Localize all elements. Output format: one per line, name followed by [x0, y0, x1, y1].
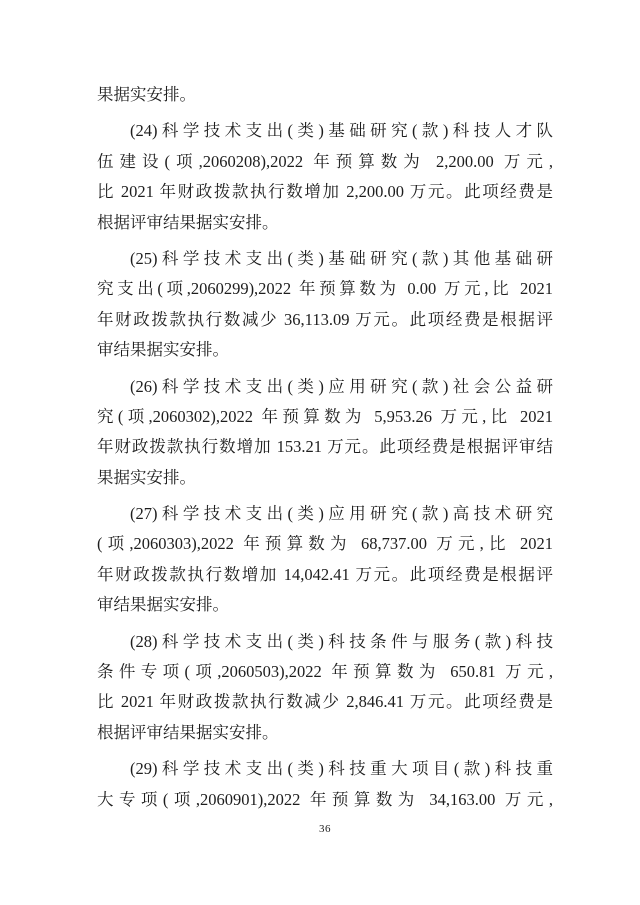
- document-page: 果据实安排。(24)科学技术支出(类)基础研究(款)科技人才队伍建设(项,206…: [0, 0, 640, 905]
- text-line: 年财政拨款执行数增加 14,042.41 万元。此项经费是根据评: [97, 560, 553, 590]
- paragraph: 果据实安排。: [97, 80, 553, 110]
- paragraph: (27)科学技术支出(类)应用研究(款)高技术研究(项,2060303),202…: [97, 499, 553, 621]
- paragraph: (29)科学技术支出(类)科技重大项目(款)科技重大专项(项,2060901),…: [97, 754, 553, 815]
- text-line: (27)科学技术支出(类)应用研究(款)高技术研究: [97, 499, 553, 529]
- text-line: 年财政拨款执行数减少 36,113.09 万元。此项经费是根据评: [97, 305, 553, 335]
- text-line: 大专项(项,2060901),2022 年预算数为 34,163.00 万元,: [97, 785, 553, 815]
- paragraph: (24)科学技术支出(类)基础研究(款)科技人才队伍建设(项,2060208),…: [97, 116, 553, 238]
- text-line: 伍建设(项,2060208),2022 年预算数为 2,200.00 万元,: [97, 147, 553, 177]
- text-line: (28)科学技术支出(类)科技条件与服务(款)科技: [97, 627, 553, 657]
- text-line: (26)科学技术支出(类)应用研究(款)社会公益研: [97, 372, 553, 402]
- text-line: 审结果据实安排。: [97, 335, 553, 365]
- text-line: 根据评审结果据实安排。: [97, 208, 553, 238]
- text-line: 究(项,2060302),2022 年预算数为 5,953.26 万元,比 20…: [97, 402, 553, 432]
- text-line: (29)科学技术支出(类)科技重大项目(款)科技重: [97, 754, 553, 784]
- text-line: 审结果据实安排。: [97, 590, 553, 620]
- text-line: 比 2021 年财政拨款执行数增加 2,200.00 万元。此项经费是: [97, 177, 553, 207]
- text-line: 年财政拨款执行数增加 153.21 万元。此项经费是根据评审结: [97, 432, 553, 462]
- document-body: 果据实安排。(24)科学技术支出(类)基础研究(款)科技人才队伍建设(项,206…: [97, 80, 553, 815]
- paragraph: (26)科学技术支出(类)应用研究(款)社会公益研究(项,2060302),20…: [97, 372, 553, 494]
- text-line: (25)科学技术支出(类)基础研究(款)其他基础研: [97, 244, 553, 274]
- text-line: 比 2021 年财政拨款执行数减少 2,846.41 万元。此项经费是: [97, 687, 553, 717]
- text-line: 果据实安排。: [97, 463, 553, 493]
- text-line: (24)科学技术支出(类)基础研究(款)科技人才队: [97, 116, 553, 146]
- text-line: 究支出(项,2060299),2022 年预算数为 0.00 万元,比 2021: [97, 274, 553, 304]
- paragraph: (25)科学技术支出(类)基础研究(款)其他基础研究支出(项,2060299),…: [97, 244, 553, 366]
- text-line: 根据评审结果据实安排。: [97, 718, 553, 748]
- text-line: 条件专项(项,2060503),2022 年预算数为 650.81 万元,: [97, 657, 553, 687]
- text-line: (项,2060303),2022 年预算数为 68,737.00 万元,比 20…: [97, 529, 553, 559]
- page-number: 36: [97, 822, 553, 836]
- text-line: 果据实安排。: [97, 80, 553, 110]
- paragraph: (28)科学技术支出(类)科技条件与服务(款)科技条件专项(项,2060503)…: [97, 627, 553, 749]
